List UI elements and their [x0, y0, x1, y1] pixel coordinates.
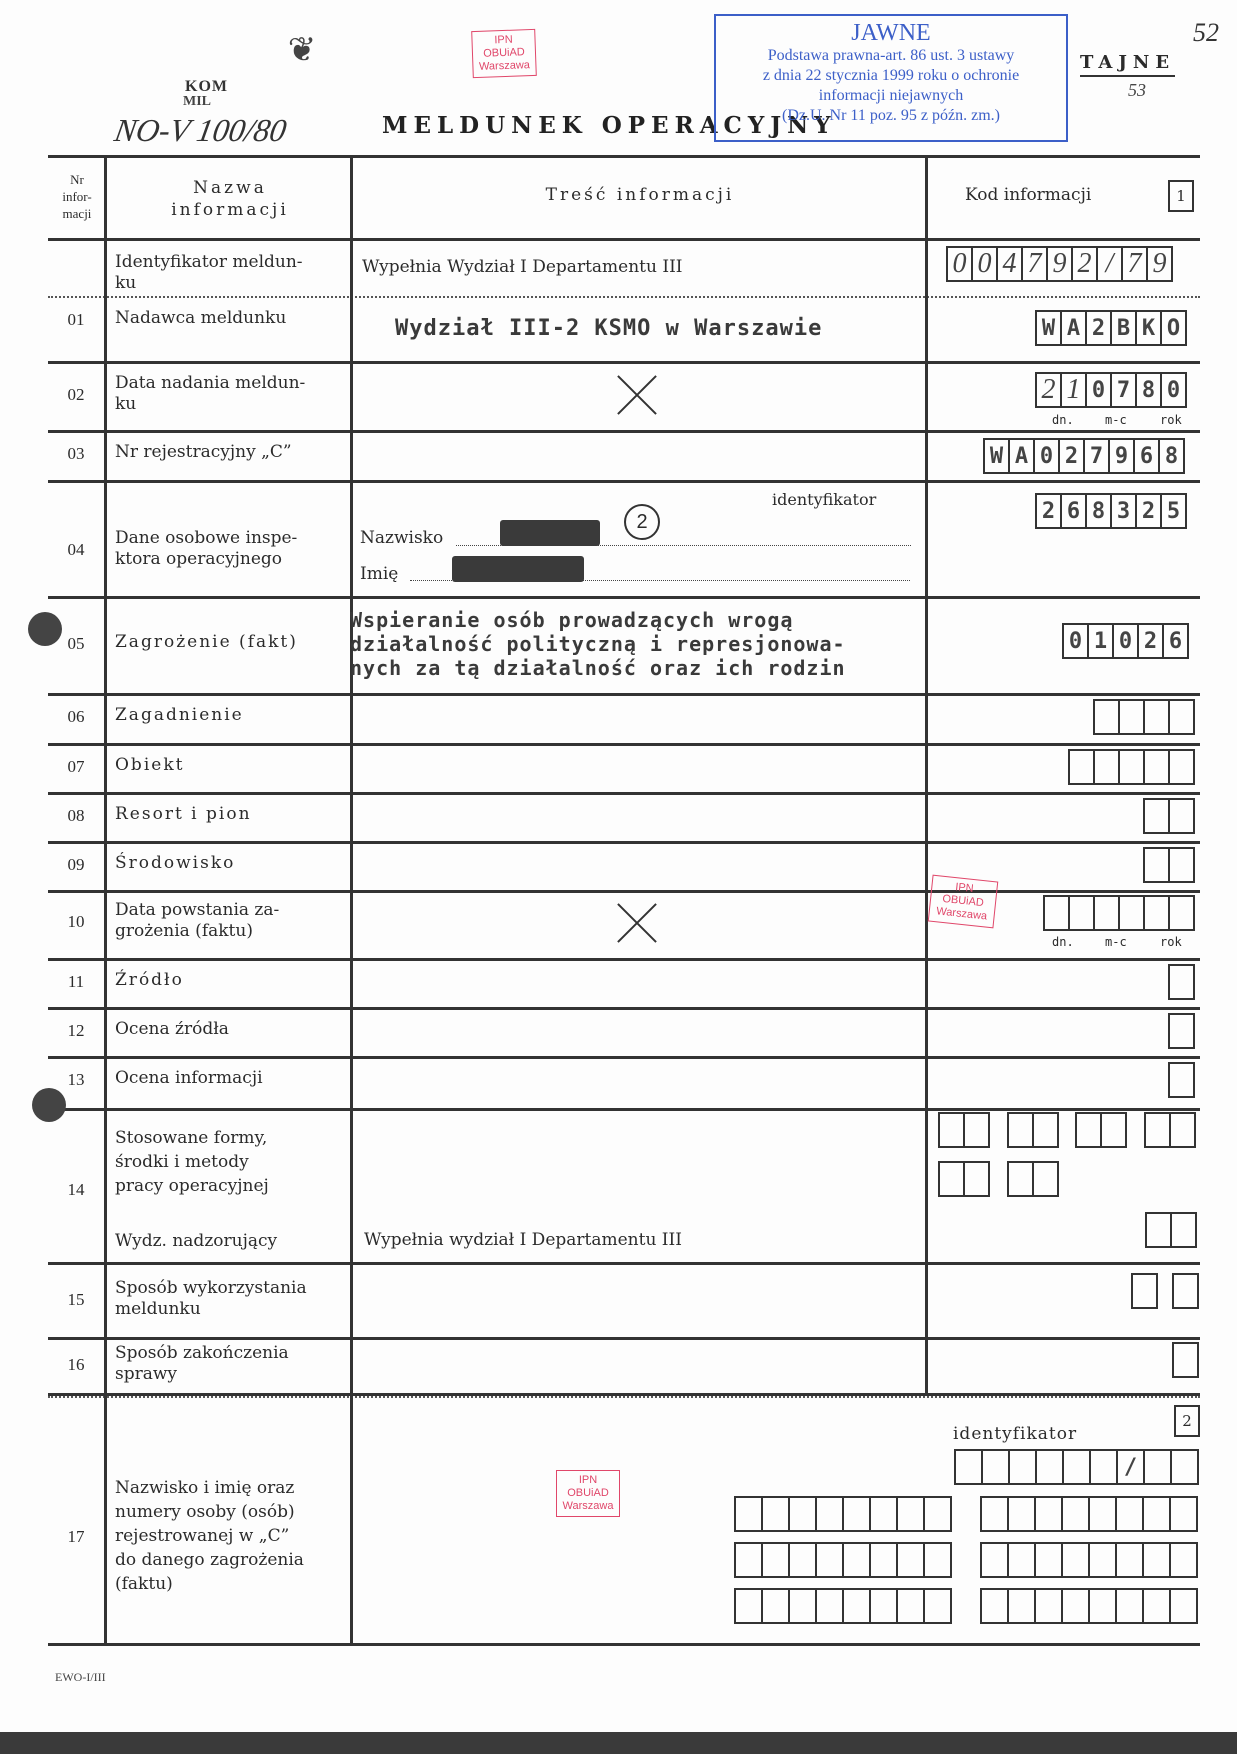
- code-digit-box[interactable]: [980, 1542, 1009, 1578]
- ipn-stamp: IPNOBUiADWarszawa: [928, 875, 999, 929]
- code-digit-box[interactable]: 9: [1046, 246, 1073, 282]
- ipn-stamp-line: Warszawa: [477, 59, 531, 74]
- code-digit-box[interactable]: [981, 1449, 1010, 1485]
- code-digit-box[interactable]: 8: [1085, 493, 1112, 529]
- code-digit-box[interactable]: [1007, 1112, 1034, 1148]
- row-content-typed: nych za tą działalność oraz ich rodzin: [350, 656, 846, 680]
- ipn-stamp-line: IPN: [561, 1474, 615, 1487]
- ipn-stamp-line: Warszawa: [561, 1500, 615, 1513]
- handwritten-page-number: 52: [1193, 18, 1219, 48]
- closure-box: [1174, 1342, 1199, 1378]
- code-digit-box[interactable]: [1061, 1542, 1090, 1578]
- cross-mark-icon: [614, 372, 660, 418]
- row-label: (faktu): [115, 1574, 350, 1595]
- row-label: Zagrożenie (fakt): [115, 632, 350, 653]
- row-content: Wypełnia wydział I Departamentu III: [364, 1230, 682, 1250]
- code-digit-box[interactable]: [1168, 749, 1195, 785]
- code-boxes: [1170, 1062, 1195, 1098]
- row-divider: [48, 1056, 1200, 1059]
- row-number: 16: [48, 1355, 104, 1375]
- row-label: Data nadania meldun-: [115, 373, 350, 394]
- code-digit-box[interactable]: [1168, 1062, 1195, 1098]
- code-digit-box[interactable]: [1131, 1273, 1158, 1309]
- code-digit-box[interactable]: [1169, 1588, 1198, 1624]
- row-number: 02: [48, 385, 104, 405]
- code-digit-box[interactable]: 6: [1133, 438, 1160, 474]
- row-number: 08: [48, 806, 104, 826]
- row-content: Wypełnia Wydział I Departamentu III: [362, 257, 683, 277]
- code-digit-box[interactable]: 0: [1062, 623, 1089, 659]
- code-digit-box[interactable]: [896, 1496, 925, 1532]
- code-digit-box[interactable]: [1088, 1588, 1117, 1624]
- code-digit-box[interactable]: [1143, 847, 1170, 883]
- header-nr-line: infor-: [50, 189, 104, 205]
- code-digit-box[interactable]: [1068, 895, 1095, 931]
- row-number: 10: [48, 912, 104, 932]
- code-digit-box[interactable]: [1034, 1496, 1063, 1532]
- date-sub-label: rok: [1160, 413, 1182, 427]
- handwritten-page-number-2: 53: [1128, 80, 1146, 101]
- row-number: 17: [48, 1527, 104, 1547]
- code-digit-box[interactable]: 1: [1060, 372, 1087, 408]
- code-digit-box[interactable]: [1168, 895, 1195, 931]
- code-digit-box[interactable]: [1061, 1588, 1090, 1624]
- code-boxes: [1045, 895, 1195, 931]
- code-digit-box[interactable]: W: [1035, 310, 1062, 346]
- code-digit-box[interactable]: [1075, 1112, 1102, 1148]
- code-page-box: 2: [1174, 1405, 1200, 1437]
- code-digit-box[interactable]: [1093, 699, 1120, 735]
- code-digit-box[interactable]: [1115, 1588, 1144, 1624]
- method-code-pair: [1146, 1112, 1196, 1148]
- row-number: 01: [48, 310, 104, 330]
- header-name-line: informacji: [110, 200, 350, 220]
- code-digit-box[interactable]: [1118, 895, 1145, 931]
- code-digit-box[interactable]: [1032, 1112, 1059, 1148]
- row-content-typed: Wspieranie osób prowadzących wrogą: [350, 608, 793, 632]
- code-digit-box[interactable]: [1142, 1542, 1171, 1578]
- code-digit-box[interactable]: [1143, 749, 1170, 785]
- code-digit-box[interactable]: 2: [1071, 246, 1098, 282]
- row-label: numery osoby (osób): [115, 1502, 350, 1523]
- code-digit-box[interactable]: 0: [1085, 372, 1112, 408]
- code-digit-box[interactable]: [1068, 749, 1095, 785]
- code-digit-box[interactable]: 0: [946, 246, 973, 282]
- issuer-line-2: MIL: [183, 94, 211, 110]
- row-label: Nadawca meldunku: [115, 308, 350, 329]
- usage-box-2: [1174, 1273, 1199, 1309]
- person-name-boxes: [736, 1588, 952, 1624]
- code-digit-box[interactable]: 0: [1033, 438, 1060, 474]
- code-boxes: [1145, 798, 1195, 834]
- jawne-line: z dnia 22 stycznia 1999 roku o ochronie: [716, 66, 1066, 86]
- code-digit-box[interactable]: 7: [1083, 438, 1110, 474]
- row-divider: [48, 743, 1200, 746]
- code-digit-box[interactable]: [761, 1496, 790, 1532]
- code-digit-box[interactable]: [896, 1588, 925, 1624]
- date-sub-label: m-c: [1105, 413, 1127, 427]
- person-number-boxes: [982, 1542, 1198, 1578]
- circled-annotation: 2: [624, 504, 660, 540]
- code-digit-box[interactable]: 0: [971, 246, 998, 282]
- method-code-pair: [940, 1161, 990, 1197]
- inspector-id-boxes: 268325: [1037, 493, 1187, 529]
- code-digit-box[interactable]: 9: [1108, 438, 1135, 474]
- code-digit-box[interactable]: 1: [1087, 623, 1114, 659]
- code-digit-box[interactable]: [1115, 1542, 1144, 1578]
- row-divider: [48, 890, 1200, 893]
- code-digit-box[interactable]: /: [1116, 1449, 1145, 1485]
- row-divider: [48, 792, 1200, 795]
- code-digit-box[interactable]: 5: [1160, 493, 1187, 529]
- header-content-label: Treść informacji: [360, 185, 920, 205]
- row-divider: [48, 155, 1200, 158]
- code-digit-box[interactable]: [923, 1496, 952, 1532]
- code-digit-box[interactable]: 7: [1121, 246, 1148, 282]
- code-digit-box[interactable]: 2: [1135, 493, 1162, 529]
- code-digit-box[interactable]: [1007, 1588, 1036, 1624]
- code-boxes: [1070, 749, 1195, 785]
- row-divider: [48, 238, 1200, 241]
- code-digit-box[interactable]: [1168, 798, 1195, 834]
- row-content-typed: działalność polityczną i represjonowa-: [350, 632, 846, 656]
- report-id-boxes: 004792/79: [948, 246, 1173, 282]
- row-label: Sposób wykorzystania: [115, 1278, 350, 1299]
- code-digit-box[interactable]: [980, 1496, 1009, 1532]
- header-code-label: Kod informacji: [965, 185, 1091, 205]
- code-digit-box[interactable]: 2: [1035, 493, 1062, 529]
- code-digit-box[interactable]: [1061, 1496, 1090, 1532]
- row-divider: [48, 958, 1200, 961]
- code-digit-box[interactable]: [788, 1496, 817, 1532]
- row-label: Zagadnienie: [115, 705, 350, 726]
- row-divider-dotted: [48, 296, 1200, 298]
- code-digit-box[interactable]: [1143, 1449, 1172, 1485]
- row-label: pracy operacyjnej: [115, 1176, 350, 1197]
- code-digit-box[interactable]: [1170, 1212, 1197, 1248]
- code-digit-box[interactable]: 2: [1137, 623, 1164, 659]
- code-digit-box[interactable]: [1043, 895, 1070, 931]
- first-name-label: Imię: [360, 564, 398, 584]
- row-label: Nr rejestracyjny „C”: [115, 442, 350, 463]
- code-digit-box[interactable]: [1088, 1542, 1117, 1578]
- code-digit-box[interactable]: [869, 1496, 898, 1532]
- jawne-declassification-stamp: JAWNE Podstawa prawna-art. 86 ust. 3 ust…: [714, 14, 1068, 142]
- redaction-bar: [452, 556, 584, 582]
- row-number: 15: [48, 1290, 104, 1310]
- jawne-line: Podstawa prawna-art. 86 ust. 3 ustawy: [716, 46, 1066, 66]
- person-number-boxes: [982, 1496, 1198, 1532]
- date-sub-label: rok: [1160, 935, 1182, 949]
- code-digit-box[interactable]: [1035, 1449, 1064, 1485]
- row-divider-dotted: [48, 1396, 1200, 1398]
- code-digit-box[interactable]: [1062, 1449, 1091, 1485]
- row-sublabel: Wydz. nadzorujący: [115, 1231, 350, 1252]
- code-digit-box[interactable]: [1143, 798, 1170, 834]
- code-digit-box[interactable]: B: [1110, 310, 1137, 346]
- row-label: Obiekt: [115, 755, 350, 776]
- code-digit-box[interactable]: 9: [1146, 246, 1173, 282]
- code-digit-box[interactable]: [815, 1588, 844, 1624]
- row-divider: [48, 361, 1200, 364]
- code-digit-box[interactable]: [963, 1112, 990, 1148]
- header-nr-line: Nr: [50, 172, 104, 188]
- row-divider: [48, 1007, 1200, 1010]
- code-digit-box[interactable]: [1118, 699, 1145, 735]
- row-divider: [48, 1262, 1200, 1265]
- code-digit-box[interactable]: [869, 1588, 898, 1624]
- row-divider: [48, 1643, 1200, 1646]
- row-label: ku: [115, 273, 350, 294]
- date-sub-label: dn.: [1052, 935, 1074, 949]
- code-digit-box[interactable]: [1007, 1496, 1036, 1532]
- usage-box-1: [1133, 1273, 1158, 1309]
- code-digit-box[interactable]: [1115, 1496, 1144, 1532]
- ipn-stamp: IPN OBUiAD Warszawa: [471, 29, 537, 78]
- code-digit-box[interactable]: [734, 1542, 763, 1578]
- punch-hole-icon: [32, 1088, 66, 1122]
- row-content-typed: Wydział III-2 KSMO w Warszawie: [395, 316, 822, 341]
- code-digit-box[interactable]: [954, 1449, 983, 1485]
- code-boxes: [1170, 964, 1195, 1000]
- code-digit-box[interactable]: [761, 1588, 790, 1624]
- code-digit-box[interactable]: [1007, 1542, 1036, 1578]
- code-digit-box[interactable]: [980, 1588, 1009, 1624]
- row-label: Ocena źródła: [115, 1019, 350, 1040]
- row-label: Nazwisko i imię oraz: [115, 1478, 350, 1499]
- row-divider: [48, 1337, 1200, 1340]
- person-identifier-boxes: /: [956, 1449, 1199, 1485]
- row-number: 06: [48, 707, 104, 727]
- column-separator: [925, 155, 928, 1396]
- row-label: Środowisko: [115, 853, 350, 874]
- person-name-boxes: [736, 1542, 952, 1578]
- row-number: 09: [48, 855, 104, 875]
- code-digit-box[interactable]: 0: [1160, 372, 1187, 408]
- method-code-pair: [1009, 1112, 1059, 1148]
- code-digit-box[interactable]: [1093, 895, 1120, 931]
- row-label: Data powstania za-: [115, 900, 350, 921]
- code-digit-box[interactable]: [815, 1496, 844, 1532]
- row-label: Źródło: [115, 970, 350, 991]
- row-number: 03: [48, 444, 104, 464]
- row-divider: [48, 693, 1200, 696]
- registration-number-boxes: WA027968: [985, 438, 1185, 474]
- code-digit-box[interactable]: [963, 1161, 990, 1197]
- column-separator: [104, 155, 107, 1643]
- row-number: 04: [48, 540, 104, 560]
- row-label: środki i metody: [115, 1152, 350, 1173]
- surname-label: Nazwisko: [360, 528, 443, 548]
- code-digit-box[interactable]: K: [1135, 310, 1162, 346]
- code-digit-box[interactable]: 3: [1110, 493, 1137, 529]
- code-digit-box[interactable]: 7: [1110, 372, 1137, 408]
- code-digit-box[interactable]: 0: [1112, 623, 1139, 659]
- code-digit-box[interactable]: [1169, 1112, 1196, 1148]
- handwritten-reference: NO-V 100/80: [112, 112, 289, 149]
- jawne-line: informacji niejawnych: [716, 86, 1066, 106]
- code-digit-box[interactable]: O: [1160, 310, 1187, 346]
- ipn-stamp: IPNOBUiADWarszawa: [556, 1470, 620, 1517]
- eagle-emblem-icon: ❦: [280, 28, 324, 72]
- identyfikator-label: identyfikator: [953, 1424, 1077, 1444]
- code-digit-box[interactable]: [938, 1112, 965, 1148]
- code-digit-box[interactable]: 4: [996, 246, 1023, 282]
- sender-code-boxes: WA2BKO: [1037, 310, 1187, 346]
- code-digit-box[interactable]: [1172, 1273, 1199, 1309]
- row-divider: [48, 1108, 1200, 1111]
- code-digit-box[interactable]: [938, 1161, 965, 1197]
- code-digit-box[interactable]: [1172, 1342, 1199, 1378]
- code-digit-box[interactable]: 2: [1058, 438, 1085, 474]
- code-digit-box[interactable]: [1034, 1542, 1063, 1578]
- redaction-bar: [500, 520, 600, 546]
- row-label: Stosowane formy,: [115, 1128, 350, 1149]
- column-separator: [350, 155, 353, 1643]
- code-boxes: [1145, 847, 1195, 883]
- code-digit-box[interactable]: [1168, 964, 1195, 1000]
- method-code-pair: [940, 1112, 990, 1148]
- row-label: sprawy: [115, 1364, 350, 1385]
- ipn-stamp-line: OBUiAD: [561, 1487, 615, 1500]
- header-name-line: Nazwa: [110, 178, 350, 198]
- row-label: ktora operacyjnego: [115, 549, 350, 570]
- classification-label: TAJNE: [1080, 52, 1175, 77]
- supervising-unit-boxes: [1147, 1212, 1197, 1248]
- row-label: Resort i pion: [115, 804, 350, 825]
- header-nr-line: macji: [50, 206, 104, 222]
- row-label: Dane osobowe inspe-: [115, 528, 350, 549]
- code-digit-box[interactable]: [1007, 1161, 1034, 1197]
- code-digit-box[interactable]: [1169, 1496, 1198, 1532]
- code-digit-box[interactable]: [1093, 749, 1120, 785]
- row-number: 14: [48, 1180, 104, 1200]
- code-digit-box[interactable]: A: [1008, 438, 1035, 474]
- code-digit-box[interactable]: [1144, 1112, 1171, 1148]
- code-digit-box[interactable]: 6: [1060, 493, 1087, 529]
- row-number: 13: [48, 1070, 104, 1090]
- code-digit-box[interactable]: 2: [1035, 372, 1062, 408]
- person-number-boxes: [982, 1588, 1198, 1624]
- row-label: Identyfikator meldun-: [115, 252, 350, 273]
- row-number: 12: [48, 1021, 104, 1041]
- code-digit-box[interactable]: [1118, 749, 1145, 785]
- identyfikator-label: identyfikator: [772, 490, 876, 509]
- send-date-boxes: 210780: [1037, 372, 1187, 408]
- form-code: EWO-I/III: [55, 1670, 106, 1685]
- code-digit-box[interactable]: [1143, 895, 1170, 931]
- code-digit-box[interactable]: [1168, 1013, 1195, 1049]
- code-page-box: 1: [1168, 180, 1194, 212]
- person-name-boxes: [736, 1496, 952, 1532]
- code-digit-box[interactable]: [842, 1542, 871, 1578]
- row-number: 07: [48, 757, 104, 777]
- code-digit-box[interactable]: [1089, 1449, 1118, 1485]
- code-digit-box[interactable]: 8: [1135, 372, 1162, 408]
- code-digit-box[interactable]: [1168, 699, 1195, 735]
- cross-mark-icon: [614, 900, 660, 946]
- code-digit-box[interactable]: [1145, 1212, 1172, 1248]
- row-label: meldunku: [115, 1299, 350, 1320]
- code-digit-box[interactable]: [788, 1588, 817, 1624]
- code-digit-box[interactable]: [1008, 1449, 1037, 1485]
- code-digit-box[interactable]: [734, 1496, 763, 1532]
- code-digit-box[interactable]: [896, 1542, 925, 1578]
- code-digit-box[interactable]: /: [1096, 246, 1123, 282]
- code-digit-box[interactable]: [815, 1542, 844, 1578]
- row-label: do danego zagrożenia: [115, 1550, 350, 1571]
- code-digit-box[interactable]: [1034, 1588, 1063, 1624]
- jawne-title: JAWNE: [716, 20, 1066, 46]
- code-digit-box[interactable]: [734, 1588, 763, 1624]
- code-digit-box[interactable]: [1169, 1542, 1198, 1578]
- code-boxes: [1095, 699, 1195, 735]
- code-digit-box[interactable]: [842, 1496, 871, 1532]
- method-code-pair: [1077, 1112, 1127, 1148]
- row-number: 11: [48, 972, 104, 992]
- row-label: Sposób zakończenia: [115, 1343, 350, 1364]
- code-digit-box[interactable]: W: [983, 438, 1010, 474]
- code-digit-box[interactable]: [761, 1542, 790, 1578]
- code-digit-box[interactable]: [1032, 1161, 1059, 1197]
- code-digit-box[interactable]: [923, 1588, 952, 1624]
- code-digit-box[interactable]: 6: [1162, 623, 1189, 659]
- row-label: grożenia (faktu): [115, 921, 350, 942]
- jawne-line: (Dz.U. Nr 11 poz. 95 z późn. zm.): [716, 106, 1066, 126]
- row-label: ku: [115, 394, 350, 415]
- method-code-pair: [1009, 1161, 1059, 1197]
- code-digit-box[interactable]: [788, 1542, 817, 1578]
- code-digit-box[interactable]: [1170, 1449, 1199, 1485]
- row-divider: [48, 480, 1200, 483]
- row-label: rejestrowanej w „C”: [115, 1526, 350, 1547]
- code-digit-box[interactable]: 7: [1021, 246, 1048, 282]
- date-sub-label: m-c: [1105, 935, 1127, 949]
- scan-edge: [0, 1732, 1237, 1754]
- code-boxes: [1170, 1013, 1195, 1049]
- code-digit-box[interactable]: [842, 1588, 871, 1624]
- code-digit-box[interactable]: [1168, 847, 1195, 883]
- code-digit-box[interactable]: [869, 1542, 898, 1578]
- threat-code-boxes: 01026: [1064, 623, 1189, 659]
- code-digit-box[interactable]: [1143, 699, 1170, 735]
- row-divider: [48, 430, 1200, 433]
- code-digit-box[interactable]: 2: [1085, 310, 1112, 346]
- code-digit-box[interactable]: [1088, 1496, 1117, 1532]
- code-digit-box[interactable]: A: [1060, 310, 1087, 346]
- code-digit-box[interactable]: 8: [1158, 438, 1185, 474]
- row-divider: [48, 841, 1200, 844]
- row-label: Ocena informacji: [115, 1068, 350, 1089]
- code-digit-box[interactable]: [1142, 1496, 1171, 1532]
- punch-hole-icon: [28, 612, 62, 646]
- code-digit-box[interactable]: [923, 1542, 952, 1578]
- code-digit-box[interactable]: [1100, 1112, 1127, 1148]
- code-digit-box[interactable]: [1142, 1588, 1171, 1624]
- date-sub-label: dn.: [1052, 413, 1074, 427]
- row-divider: [48, 596, 1200, 599]
